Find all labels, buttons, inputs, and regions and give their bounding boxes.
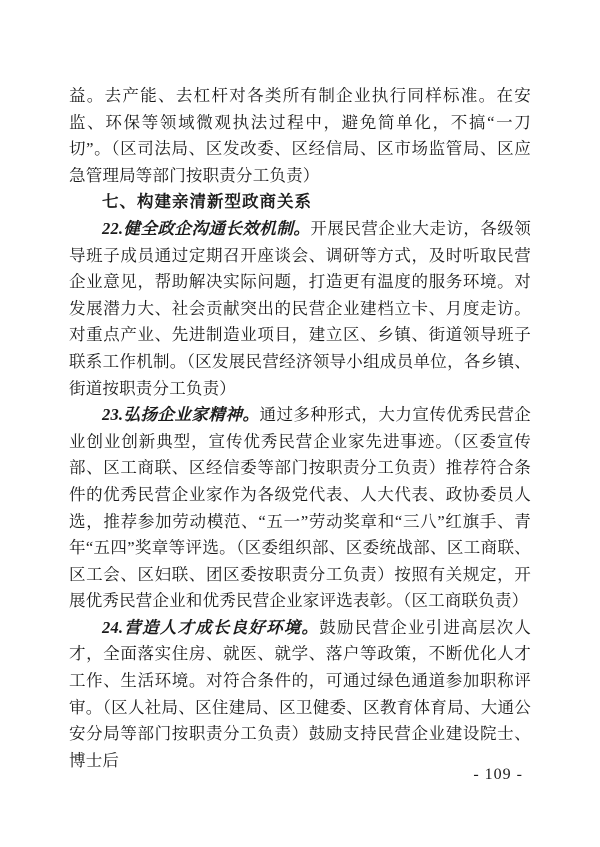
page-number: - 109 -: [473, 765, 523, 785]
numbered-paragraph-23: 23.弘扬企业家精神。通过多种形式，大力宣传优秀民营企业创业创新典型，宣传优秀民…: [69, 402, 531, 615]
paragraph-24-lead: 24.营造人才成长良好环境。: [102, 618, 319, 637]
paragraph-23-lead: 23.弘扬企业家精神。: [102, 405, 259, 424]
paragraph-continuation: 益。去产能、去杠杆对各类所有制企业执行同样标准。在安监、环保等领域微观执法过程中…: [69, 83, 531, 189]
document-page: 益。去产能、去杠杆对各类所有制企业执行同样标准。在安监、环保等领域微观执法过程中…: [0, 0, 600, 847]
section-heading-7: 七、构建亲清新型政商关系: [69, 189, 531, 216]
numbered-paragraph-24: 24.营造人才成长良好环境。鼓励民营企业引进高层次人才，全面落实住房、就医、就学…: [69, 615, 531, 775]
paragraph-24-body: 鼓励民营企业引进高层次人才，全面落实住房、就医、就学、落户等政策，不断优化人才工…: [69, 618, 531, 770]
numbered-paragraph-22: 22.健全政企沟通长效机制。开展民营企业大走访，各级领导班子成员通过定期召开座谈…: [69, 216, 531, 402]
document-body: 益。去产能、去杠杆对各类所有制企业执行同样标准。在安监、环保等领域微观执法过程中…: [69, 83, 531, 774]
paragraph-22-lead: 22.健全政企沟通长效机制。: [102, 219, 310, 238]
paragraph-22-body: 开展民营企业大走访，各级领导班子成员通过定期召开座谈会、调研等方式，及时听取民营…: [69, 219, 531, 398]
paragraph-23-body: 通过多种形式，大力宣传优秀民营企业创业创新典型，宣传优秀民营企业家先进事迹。（区…: [69, 405, 531, 610]
